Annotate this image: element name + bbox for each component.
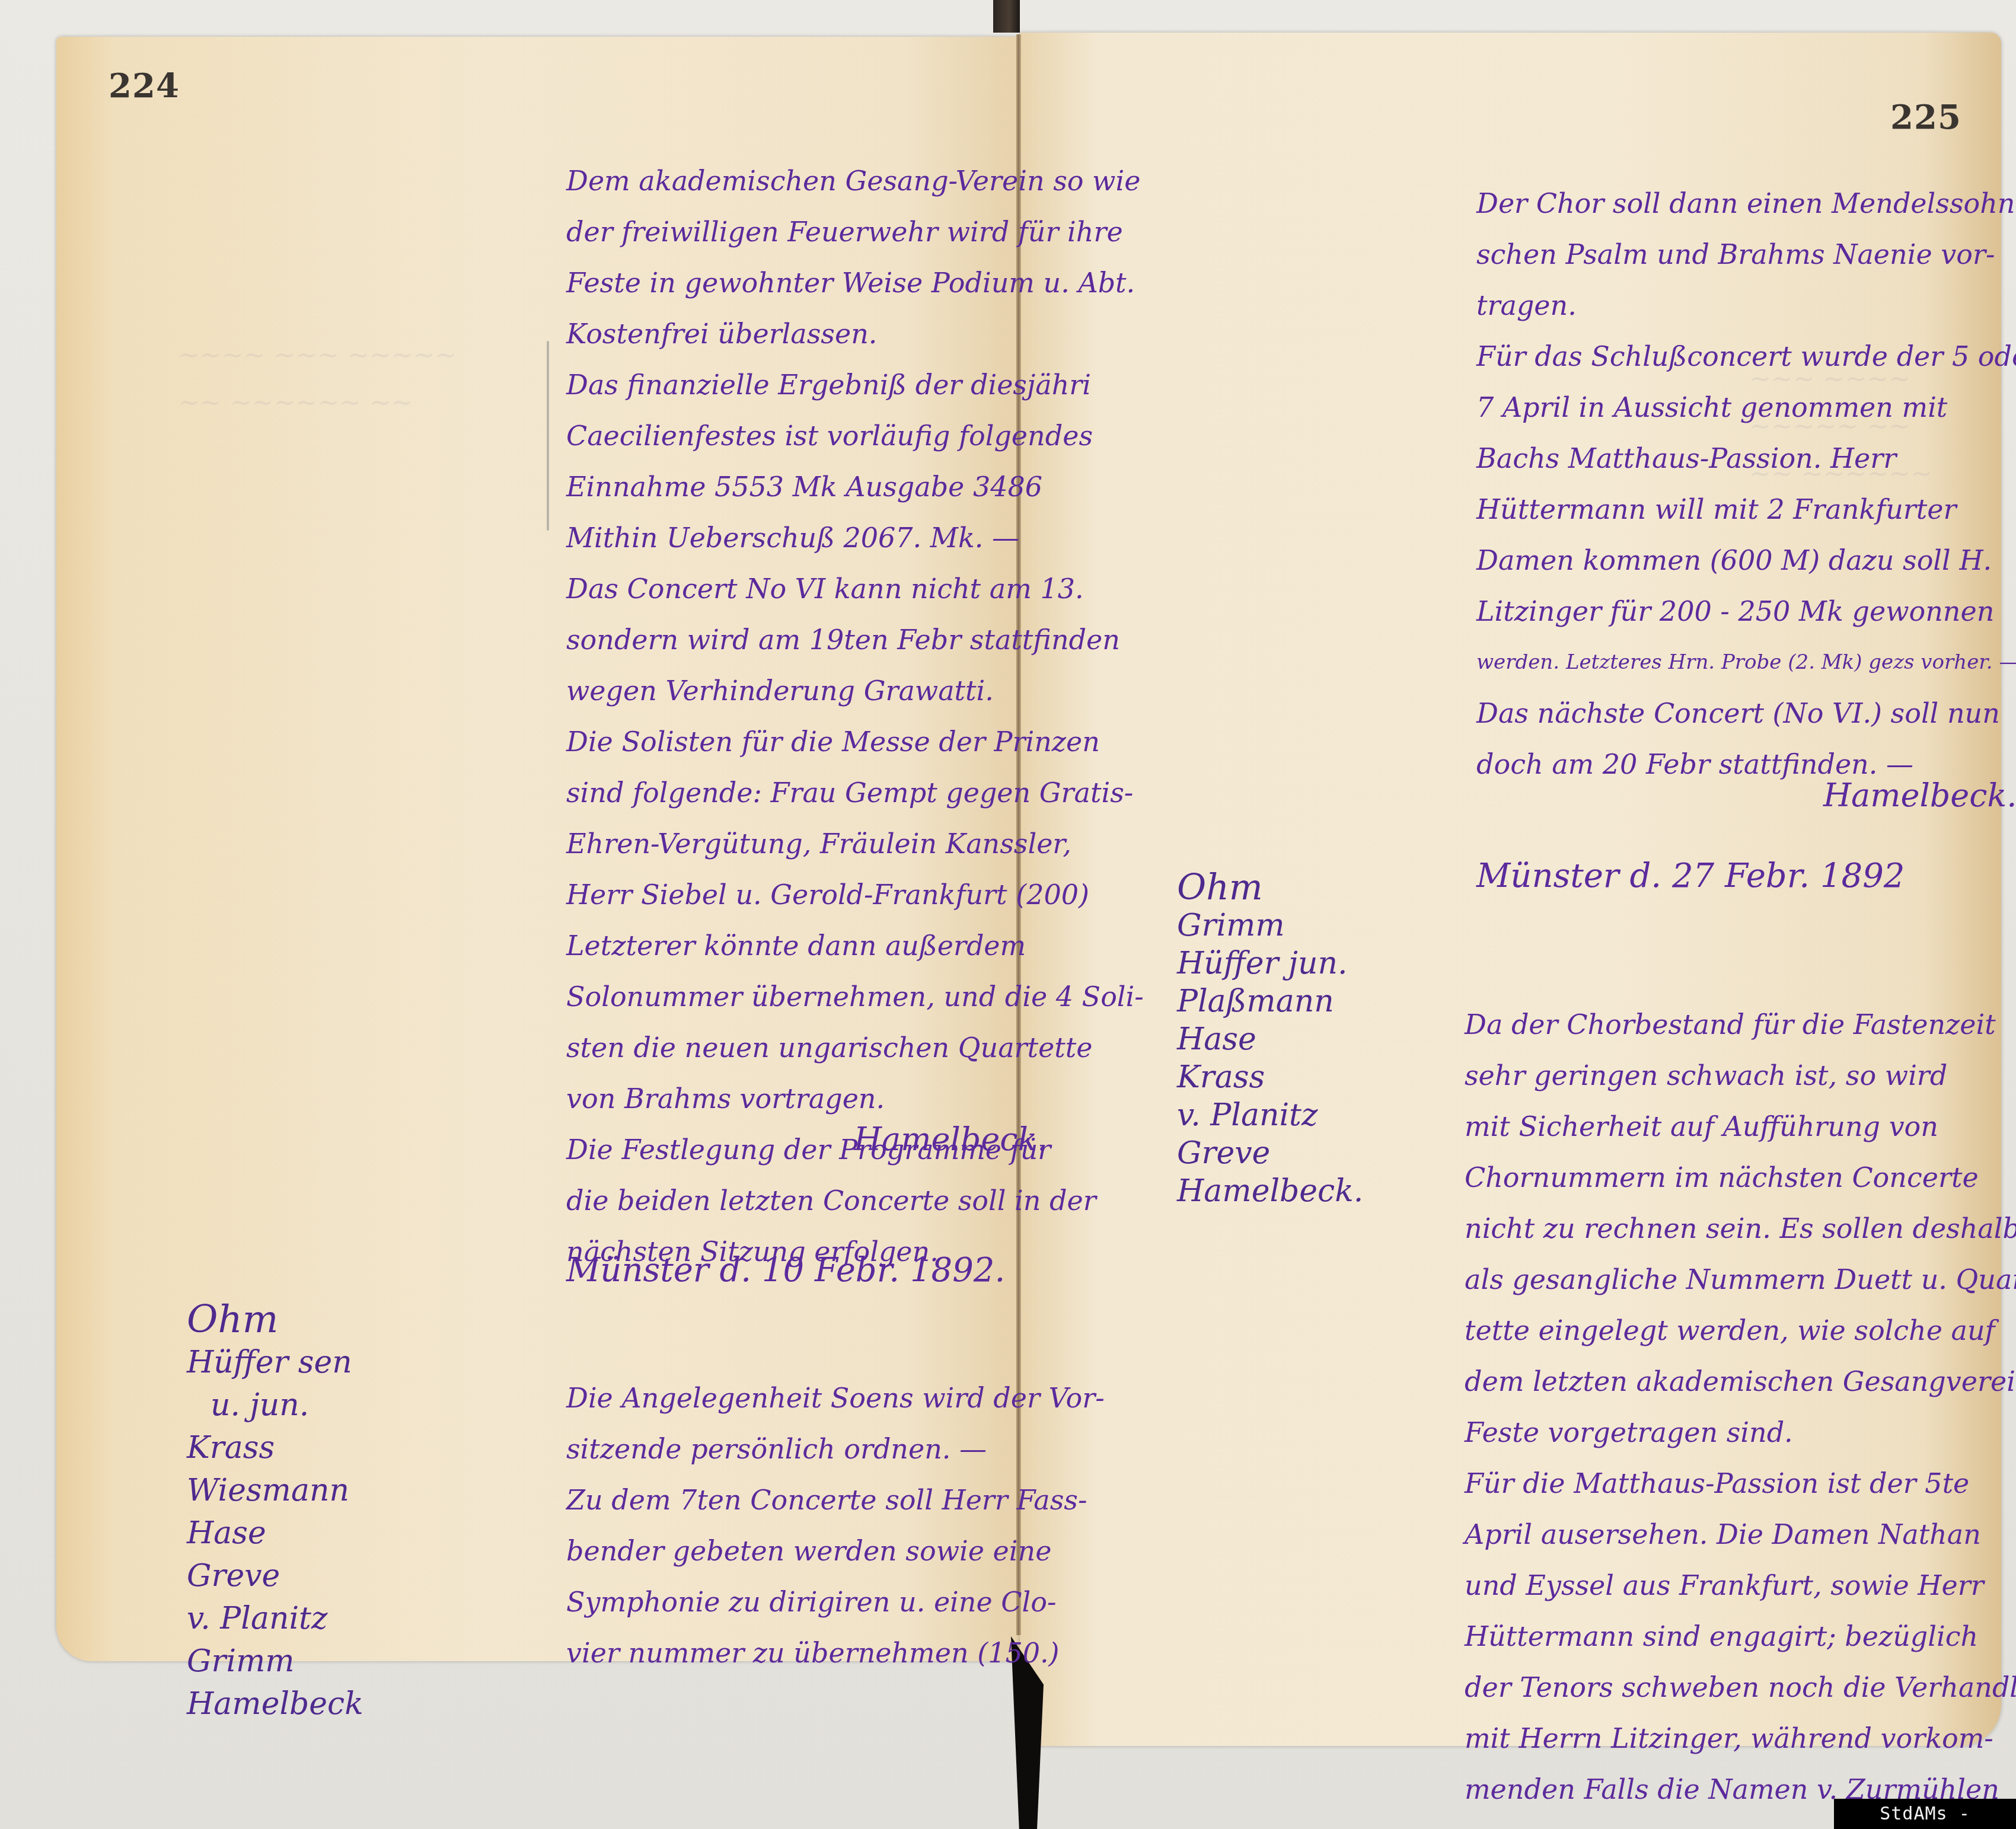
text-line: Die Angelegenheit Soens wird der Vor- xyxy=(566,1372,1105,1423)
text-line: sondern wird am 19ten Febr stattfinden xyxy=(566,614,1144,665)
text-line: Feste in gewohnter Weise Podium u. Abt. xyxy=(566,257,1144,308)
text-line: Dem akademischen Gesang-Verein so wie xyxy=(566,155,1144,206)
text-line: mit Herrn Litzinger, während vorkom- xyxy=(1465,1713,2016,1764)
text-line: Caecilienfestes ist vorläufig folgendes xyxy=(566,410,1144,461)
left-signature: Hamelbeck. xyxy=(854,1121,1047,1158)
right-entry-new-text: Da der Chorbestand für die Fastenzeit se… xyxy=(1465,999,2016,1815)
right-attendance-list: Ohm Grimm Hüffer jun. Plaßmann Hase Kras… xyxy=(1177,869,1363,1210)
text-line: dem letzten akademischen Gesangverein- xyxy=(1465,1356,2016,1407)
text-line: vier nummer zu übernehmen (150.) xyxy=(566,1627,1105,1678)
attendee-name: Grimm xyxy=(1177,906,1363,944)
text-line: Letzterer könnte dann außerdem xyxy=(566,920,1144,971)
text-line: als gesangliche Nummern Duett u. Quar- xyxy=(1465,1254,2016,1305)
right-signature: Hamelbeck. xyxy=(1823,777,2016,814)
text-line: sind folgende: Frau Gempt gegen Gratis- xyxy=(566,767,1144,818)
text-line: April ausersehen. Die Damen Nathan xyxy=(1465,1509,2016,1560)
text-line: bender gebeten werden sowie eine xyxy=(566,1525,1105,1576)
text-line: Hüttermann sind engagirt; bezüglich xyxy=(1465,1611,2016,1662)
attendee-name: Hase xyxy=(1177,1020,1363,1058)
text-line: werden. Letzteres Hrn. Probe (2. Mk) gez… xyxy=(1476,637,2016,688)
text-line: schen Psalm und Brahms Naenie vor- xyxy=(1476,229,2016,280)
attendee-name: Hamelbeck xyxy=(187,1683,363,1725)
text-line: sten die neuen ungarischen Quartette xyxy=(566,1022,1144,1073)
text-line: Für das Schlußconcert wurde der 5 oder xyxy=(1476,331,2016,382)
text-line: Einnahme 5553 Mk Ausgabe 3486 xyxy=(566,461,1144,512)
text-line: Kostenfrei überlassen. xyxy=(566,308,1144,359)
text-line: wegen Verhinderung Grawatti. xyxy=(566,665,1144,716)
margin-bracket-mark xyxy=(547,341,549,531)
text-line: Der Chor soll dann einen Mendelssohn- xyxy=(1476,178,2016,229)
text-line: der Tenors schweben noch die Verhandlung… xyxy=(1465,1662,2016,1713)
text-line: Chornummern im nächsten Concerte xyxy=(1465,1152,2016,1203)
text-line: Für die Matthaus-Passion ist der 5te xyxy=(1465,1458,2016,1509)
text-line: nicht zu rechnen sein. Es sollen deshalb xyxy=(1465,1203,2016,1254)
right-entry-continued-text: Der Chor soll dann einen Mendelssohn- sc… xyxy=(1476,178,2016,790)
attendee-name: v. Planitz xyxy=(187,1597,363,1640)
attendee-name: Plaßmann xyxy=(1177,982,1363,1020)
text-line: Zu dem 7ten Concerte soll Herr Fass- xyxy=(566,1474,1105,1525)
text-line: und Eyssel aus Frankfurt, sowie Herr xyxy=(1465,1560,2016,1611)
text-line: Symphonie zu dirigiren u. eine Clo- xyxy=(566,1576,1105,1627)
attendee-name: Hüffer sen xyxy=(187,1341,363,1384)
text-line: 7 April in Aussicht genommen mit xyxy=(1476,382,2016,433)
text-line: tragen. xyxy=(1476,280,2016,331)
text-line: Damen kommen (600 M) dazu soll H. xyxy=(1476,535,2016,586)
text-line: Das nächste Concert (No VI.) soll nun xyxy=(1476,688,2016,739)
attendee-name: Greve xyxy=(1177,1134,1363,1172)
text-line: tette eingelegt werden, wie solche auf xyxy=(1465,1305,2016,1356)
attendee-name: Krass xyxy=(187,1426,363,1469)
page-number-left: 224 xyxy=(109,66,180,106)
left-entry-continued-text: Dem akademischen Gesang-Verein so wie de… xyxy=(566,155,1144,1277)
text-line: Herr Siebel u. Gerold-Frankfurt (200) xyxy=(566,869,1144,920)
text-line: Feste vorgetragen sind. xyxy=(1465,1407,2016,1458)
text-line: Solonummer übernehmen, und die 4 Soli- xyxy=(566,971,1144,1022)
left-entry-new-text: Die Angelegenheit Soens wird der Vor- si… xyxy=(566,1372,1105,1678)
text-line: Das finanzielle Ergebniß der diesjähri xyxy=(566,359,1144,410)
attendee-name: Hamelbeck. xyxy=(1177,1172,1363,1210)
text-line: Das Concert No VI kann nicht am 13. xyxy=(566,563,1144,614)
attendee-name: Ohm xyxy=(187,1298,363,1341)
text-line: mit Sicherheit auf Aufführung von xyxy=(1465,1101,2016,1152)
attendee-name: Grimm xyxy=(187,1640,363,1683)
attendee-name: Greve xyxy=(187,1555,363,1597)
left-attendance-list: Ohm Hüffer sen u. jun. Krass Wiesmann Ha… xyxy=(187,1298,363,1725)
text-line: Da der Chorbestand für die Fastenzeit xyxy=(1465,999,2016,1050)
attendee-name: v. Planitz xyxy=(1177,1096,1363,1134)
text-line: der freiwilligen Feuerwehr wird für ihre xyxy=(566,206,1144,257)
text-line: Bachs Matthaus-Passion. Herr xyxy=(1476,433,2016,484)
text-line: Ehren-Vergütung, Fräulein Kanssler, xyxy=(566,818,1144,869)
text-line: die beiden letzten Concerte soll in der xyxy=(566,1175,1144,1226)
book-spine-top xyxy=(993,0,1020,33)
text-line: Litzinger für 200 - 250 Mk gewonnen xyxy=(1476,586,2016,637)
text-line: sitzende persönlich ordnen. — xyxy=(566,1423,1105,1474)
ink-bleed-through-left: ~~~~ ~~~ ~~~~~~~ ~~~~~~ ~~ xyxy=(178,332,457,427)
attendee-name: Hase xyxy=(187,1512,363,1555)
attendee-name: Ohm xyxy=(1177,869,1363,906)
attendee-name: Hüffer jun. xyxy=(1177,944,1363,982)
text-line: von Brahms vortragen. xyxy=(566,1073,1144,1124)
text-line: sehr geringen schwach ist, so wird xyxy=(1465,1050,2016,1101)
attendee-name: Krass xyxy=(1177,1058,1363,1096)
archive-reference-label: StdAMs - MV_004_310 xyxy=(1834,1799,2016,1829)
right-meeting-date: Münster d. 27 Febr. 1892 xyxy=(1476,857,1905,895)
attendee-name: Wiesmann xyxy=(187,1469,363,1512)
text-line: Mithin Ueberschuß 2067. Mk. — xyxy=(566,512,1144,563)
page-number-right: 225 xyxy=(1890,98,1961,137)
text-line: Hüttermann will mit 2 Frankfurter xyxy=(1476,484,2016,535)
left-meeting-date: Münster d. 10 Febr. 1892. xyxy=(566,1251,1005,1289)
attendee-name: u. jun. xyxy=(187,1384,363,1426)
text-line: Die Solisten für die Messe der Prinzen xyxy=(566,716,1144,767)
